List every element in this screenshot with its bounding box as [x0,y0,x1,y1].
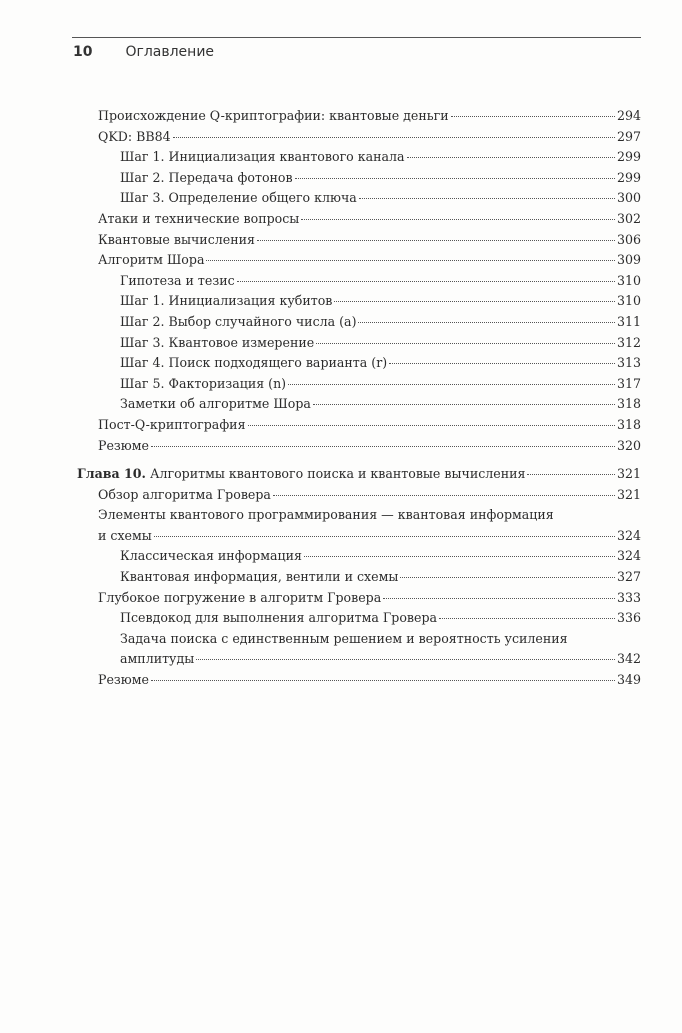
toc-entry[interactable]: Шаг 1. Инициализация квантового канала29… [77,147,641,168]
toc-entry-title: Шаг 4. Поиск подходящего варианта (r) [120,353,387,374]
toc-entry-page: 327 [617,567,641,588]
toc-entry[interactable]: Резюме320 [77,436,641,457]
toc-entry[interactable]: Резюме349 [77,670,641,691]
toc-entry[interactable]: Шаг 3. Определение общего ключа300 [77,188,641,209]
leader-dots [451,116,615,117]
toc-entry-page: 310 [617,271,641,292]
toc-entry[interactable]: Элементы квантового программирования — к… [77,505,641,546]
toc-entry[interactable]: Пост-Q-криптография318 [77,415,641,436]
toc-entry-title: Резюме [98,670,149,691]
toc-entry[interactable]: Происхождение Q-криптографии: квантовые … [77,106,641,127]
toc-entry-page: 342 [617,649,641,670]
leader-dots [301,219,615,220]
toc-entry-title: Обзор алгоритма Гровера [98,485,271,506]
toc-entry-title: Шаг 2. Выбор случайного числа (a) [120,312,356,333]
toc-entry-page: 310 [617,291,641,312]
toc-entry[interactable]: QKD: BB84297 [77,127,641,148]
toc-entry-page: 297 [617,127,641,148]
toc-entry[interactable]: Шаг 5. Факторизация (n)317 [77,374,641,395]
leader-dots [295,178,615,179]
section-title: Оглавление [125,44,214,60]
toc-entry-title: Шаг 1. Инициализация кубитов [120,291,332,312]
toc-entry-page: 324 [617,526,641,547]
toc-entry-title: QKD: BB84 [98,127,171,148]
leader-dots [389,363,615,364]
toc-entry-title: Шаг 5. Факторизация (n) [120,374,286,395]
leader-dots [334,301,615,302]
chapter-title: Алгоритмы квантового поиска и квантовые … [150,466,526,481]
leader-dots [206,260,614,261]
leader-dots [527,474,614,475]
toc-entry-title: амплитуды [120,649,194,670]
toc-entry[interactable]: Квантовая информация, вентили и схемы327 [77,567,641,588]
toc-entry[interactable]: Атаки и технические вопросы302 [77,209,641,230]
toc-entry-page: 318 [617,415,641,436]
table-of-contents: Происхождение Q-криптографии: квантовые … [77,106,641,691]
leader-dots [273,495,615,496]
leader-dots [439,618,615,619]
toc-entry-title: Заметки об алгоритме Шора [120,394,311,415]
toc-entry[interactable]: Задача поиска с единственным решением и … [77,629,641,670]
toc-entry-page: 309 [617,250,641,271]
toc-entry-title: Шаг 3. Квантовое измерение [120,333,314,354]
toc-entry[interactable]: Глубокое погружение в алгоритм Гровера33… [77,588,641,609]
leader-dots [248,425,615,426]
leader-dots [288,384,615,385]
toc-entry[interactable]: Шаг 1. Инициализация кубитов310 [77,291,641,312]
toc-entry-title: Квантовая информация, вентили и схемы [120,567,398,588]
toc-entry-page: 336 [617,608,641,629]
toc-entry[interactable]: Шаг 3. Квантовое измерение312 [77,333,641,354]
toc-entry-page: 320 [617,436,641,457]
toc-entry[interactable]: Заметки об алгоритме Шора318 [77,394,641,415]
leader-dots [400,577,615,578]
toc-entry-page: 299 [617,168,641,189]
header-rule [72,37,641,38]
toc-entry[interactable]: Шаг 4. Поиск подходящего варианта (r)313 [77,353,641,374]
toc-entry[interactable]: Алгоритм Шора309 [77,250,641,271]
leader-dots [173,137,615,138]
toc-entry-page: 324 [617,546,641,567]
page-number: 10 [73,44,121,60]
toc-entry-title-line1: Задача поиска с единственным решением и … [120,629,641,650]
toc-entry-page: 294 [617,106,641,127]
toc-entry-page: 306 [617,230,641,251]
leader-dots [316,343,615,344]
toc-entry[interactable]: Шаг 2. Выбор случайного числа (a)311 [77,312,641,333]
toc-entry[interactable]: Классическая информация324 [77,546,641,567]
toc-entry-title: и схемы [98,526,152,547]
toc-entry-page: 318 [617,394,641,415]
toc-entry-page: 317 [617,374,641,395]
leader-dots [196,659,615,660]
leader-dots [151,680,615,681]
toc-entry[interactable]: Шаг 2. Передача фотонов299 [77,168,641,189]
leader-dots [358,322,614,323]
toc-entry-title: Резюме [98,436,149,457]
toc-entry[interactable]: Псевдокод для выполнения алгоритма Грове… [77,608,641,629]
toc-entry-title: Атаки и технические вопросы [98,209,299,230]
toc-section-part2: Обзор алгоритма Гровера321Элементы квант… [77,485,641,691]
toc-entry-title: Глубокое погружение в алгоритм Гровера [98,588,381,609]
leader-dots [151,446,615,447]
toc-entry-title: Шаг 2. Передача фотонов [120,168,293,189]
leader-dots [257,240,615,241]
toc-entry[interactable]: Обзор алгоритма Гровера321 [77,485,641,506]
toc-entry-title: Шаг 3. Определение общего ключа [120,188,357,209]
toc-entry-page: 313 [617,353,641,374]
toc-entry[interactable]: Гипотеза и тезис310 [77,271,641,292]
toc-entry-title: Алгоритм Шора [98,250,204,271]
toc-entry-title: Пост-Q-криптография [98,415,246,436]
leader-dots [304,556,615,557]
toc-entry-page: 321 [617,485,641,506]
leader-dots [237,281,615,282]
toc-entry-page: 312 [617,333,641,354]
toc-entry-page: 311 [617,312,641,333]
leader-dots [359,198,615,199]
toc-entry-title: Гипотеза и тезис [120,271,235,292]
toc-entry-page: 299 [617,147,641,168]
toc-entry[interactable]: Квантовые вычисления306 [77,230,641,251]
toc-entry-page: 300 [617,188,641,209]
toc-entry-page: 302 [617,209,641,230]
toc-entry-title: Квантовые вычисления [98,230,255,251]
running-head: 10 Оглавление [73,44,214,60]
toc-section-part1: Происхождение Q-криптографии: квантовые … [77,106,641,456]
toc-entry-page: 333 [617,588,641,609]
toc-entry-title: Классическая информация [120,546,302,567]
chapter-label: Глава 10. [77,466,146,481]
toc-entry-title-line1: Элементы квантового программирования — к… [98,505,641,526]
leader-dots [154,536,615,537]
toc-chapter-10[interactable]: Глава 10. Алгоритмы квантового поиска и … [77,464,641,485]
leader-dots [313,404,615,405]
chapter-page: 321 [617,464,641,485]
leader-dots [407,157,615,158]
toc-entry-title: Происхождение Q-криптографии: квантовые … [98,106,449,127]
leader-dots [383,598,615,599]
toc-entry-page: 349 [617,670,641,691]
toc-entry-title: Шаг 1. Инициализация квантового канала [120,147,405,168]
toc-entry-title: Псевдокод для выполнения алгоритма Грове… [120,608,437,629]
